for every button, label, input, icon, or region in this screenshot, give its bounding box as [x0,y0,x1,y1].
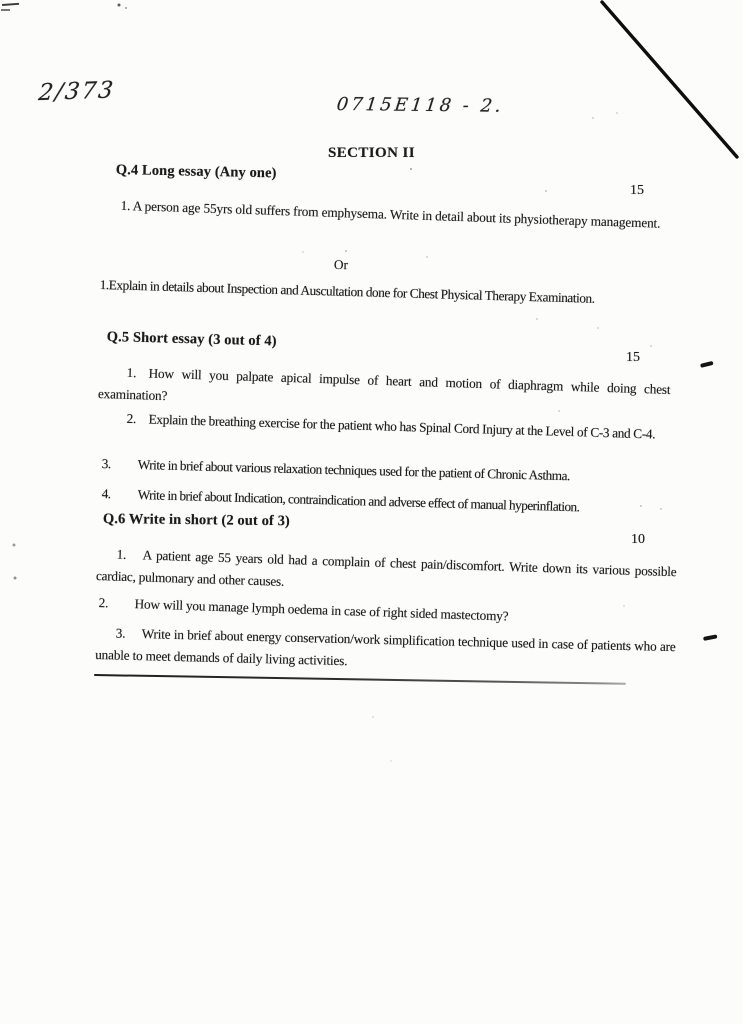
scanned-exam-page: 2/373 0715E118 - 2. SECTION II Q.4 Long … [0,0,743,1024]
question-text: A patient age 55 years old had a complai… [96,547,677,588]
question-text: How will you manage lymph oedema in case… [134,596,508,623]
q6-marks-value: 10 [631,532,645,548]
question-text: Write in brief about energy conservation… [95,626,676,668]
question-text: Write in brief about various relaxation … [138,457,571,483]
q4-question-1: 1. A person age 55yrs old suffers from e… [96,194,662,234]
question-number: 4. [101,483,138,505]
question-number: 1. [112,361,149,384]
q4-question-alternative: 1.Explain in details about Inspection an… [99,274,595,309]
question-number: 3. [101,453,138,475]
q4-marks-value: 15 [630,183,644,199]
q5-marks-value: 15 [626,350,640,366]
q4-heading: Q.4 Long essay (Any one) [116,162,277,182]
handwritten-page-code: 2/373 [37,77,116,106]
q6-heading: Q.6 Write in short (2 out of 3) [103,511,290,530]
scan-fold-line [583,0,743,166]
scan-corner-scribble [2,3,19,6]
q5-question-3: 3.Write in brief about various relaxatio… [101,453,570,487]
q6-question-3: 3.Write in brief about energy conservati… [95,622,676,679]
question-number: 2. [112,407,149,430]
question-text: Write in brief about Indication, contrai… [137,487,579,514]
question-number: 3. [105,622,142,644]
q6-question-2: 2.How will you manage lymph oedema in ca… [98,592,508,627]
question-number: 2. [98,592,135,615]
question-text: How will you palpate apical impulse of h… [98,366,671,403]
stray-pen-mark [700,361,713,368]
scan-corner-scribble [1,9,10,11]
stray-pen-mark [703,634,717,640]
question-number: 1. [106,543,143,566]
q5-heading: Q.5 Short essay (3 out of 4) [107,329,277,350]
or-separator: Or [334,254,348,276]
scan-noise-speckles [0,0,2,2]
handwritten-paper-code: 0715E118 - 2. [336,94,505,117]
section-title: SECTION II [0,145,743,162]
